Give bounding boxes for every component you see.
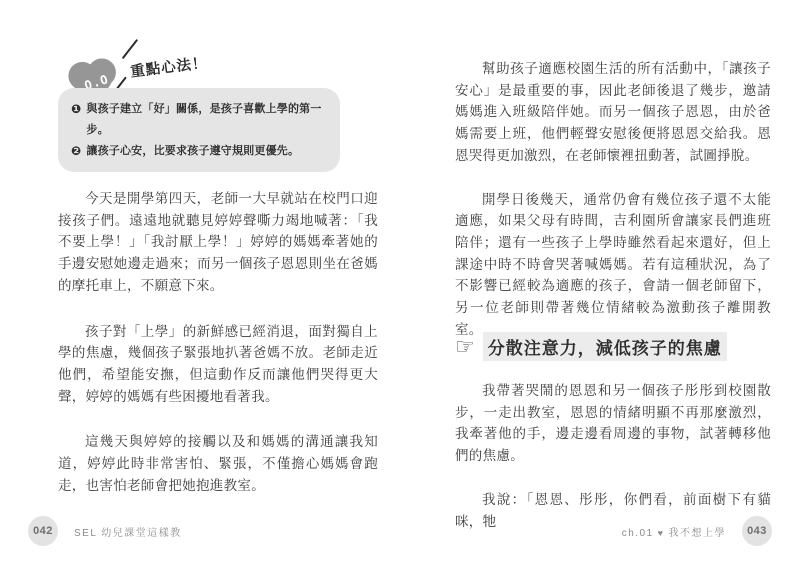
book-spread: O.O 重點心法！ ❶ 與孩子建立「好」關係，是孩子喜歡上學的第一步。 ❷ 讓孩… [0,0,800,567]
page-number-badge: 042 [28,516,58,546]
body-paragraph: 我帶著哭鬧的恩恩和另一個孩子彤彤到校園散步，一走出教室，恩恩的情緒明顯不再那麼激… [455,380,771,467]
book-title: SEL 幼兒課堂這樣教 [74,524,182,539]
page-number-badge: 043 [742,516,772,546]
section-title: 分散注意力，減低孩子的焦慮 [483,332,727,361]
key-point-item: ❷ 讓孩子心安，比要求孩子遵守規則更優先。 [71,141,327,162]
heart-icon: ♥ [658,528,665,538]
chapter-number: ch.01 [622,528,654,539]
point-text: 讓孩子心安，比要求孩子遵守規則更優先。 [86,141,299,162]
body-paragraph: 今天是開學第四天，老師一大早就站在校門口迎接孩子們。遠遠地就聽見婷婷聲嘶力竭地喊… [58,188,378,297]
body-paragraph: 孩子對「上學」的新鮮感已經消退，面對獨自上學的焦慮，幾個孩子緊張地扒著爸媽不放。… [58,321,378,408]
left-page-footer: 042 SEL 幼兒課堂這樣教 [28,516,182,546]
right-page-footer: ch.01♥我不想上學 043 [622,516,772,546]
body-paragraph: 開學日後幾天，通常仍會有幾位孩子還不太能適應，如果父母有時間，吉利園所會讓家長們… [455,189,771,341]
body-paragraph: 這幾天與婷婷的接觸以及和媽媽的溝通讓我知道，婷婷此時非常害怕、緊張，不僅擔心媽媽… [58,431,378,496]
point-number: ❶ [71,99,81,120]
badge-label: 重點心法！ [129,51,208,81]
point-number: ❷ [71,141,81,162]
pointing-finger-icon: ☞ [455,336,475,358]
left-page-body: 今天是開學第四天，老師一大早就站在校門口迎接孩子們。遠遠地就聽見婷婷聲嘶力竭地喊… [58,188,378,520]
chapter-label: ch.01♥我不想上學 [622,524,726,539]
emphasis-line [122,39,138,59]
body-paragraph: 幫助孩子適應校園生活的所有活動中，「讓孩子安心」是最重要的事，因此老師後退了幾步… [455,58,771,167]
key-points-box: ❶ 與孩子建立「好」關係，是孩子喜歡上學的第一步。 ❷ 讓孩子心安，比要求孩子遵… [58,88,340,172]
right-page-body-top: 幫助孩子適應校園生活的所有活動中，「讓孩子安心」是最重要的事，因此老師後退了幾步… [455,58,771,362]
section-heading: ☞ 分散注意力，減低孩子的焦慮 [455,332,727,361]
point-text: 與孩子建立「好」關係，是孩子喜歡上學的第一步。 [86,99,327,141]
chapter-title: 我不想上學 [669,528,727,539]
key-point-item: ❶ 與孩子建立「好」關係，是孩子喜歡上學的第一步。 [71,99,327,141]
